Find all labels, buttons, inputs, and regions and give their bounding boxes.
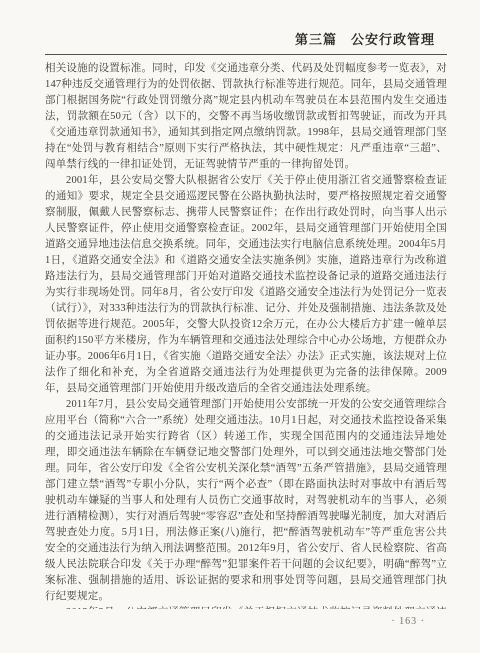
book-page: 第三篇 公安行政管理 相关设施的设置标准。同时，印发《交通违章分类、代码及处罚幅… bbox=[0, 0, 480, 653]
page-body: 相关设施的设置标准。同时，印发《交通违章分类、代码及处罚幅度参考一览表》，对14… bbox=[45, 61, 447, 609]
paragraph-2011: 2011年7月，县公安局交通管理部门开始使用公安部统一开发的公安交通管理综合应用… bbox=[45, 397, 447, 605]
header-rule bbox=[45, 54, 447, 55]
paragraph-2001: 2001年，县公安局交警大队根据省公安厅《关于停止使用浙江省交通警察检查证的通知… bbox=[45, 173, 447, 397]
paragraph-2013: 2013年3月，公安部交通管理局印发《关于根据交通技术监控记录资料处理交通违法行… bbox=[45, 605, 447, 609]
page-number: · 163 · bbox=[391, 616, 425, 627]
paragraph-continuation: 相关设施的设置标准。同时，印发《交通违章分类、代码及处罚幅度参考一览表》，对14… bbox=[45, 61, 447, 173]
running-head-title: 第三篇 公安行政管理 bbox=[45, 0, 447, 49]
